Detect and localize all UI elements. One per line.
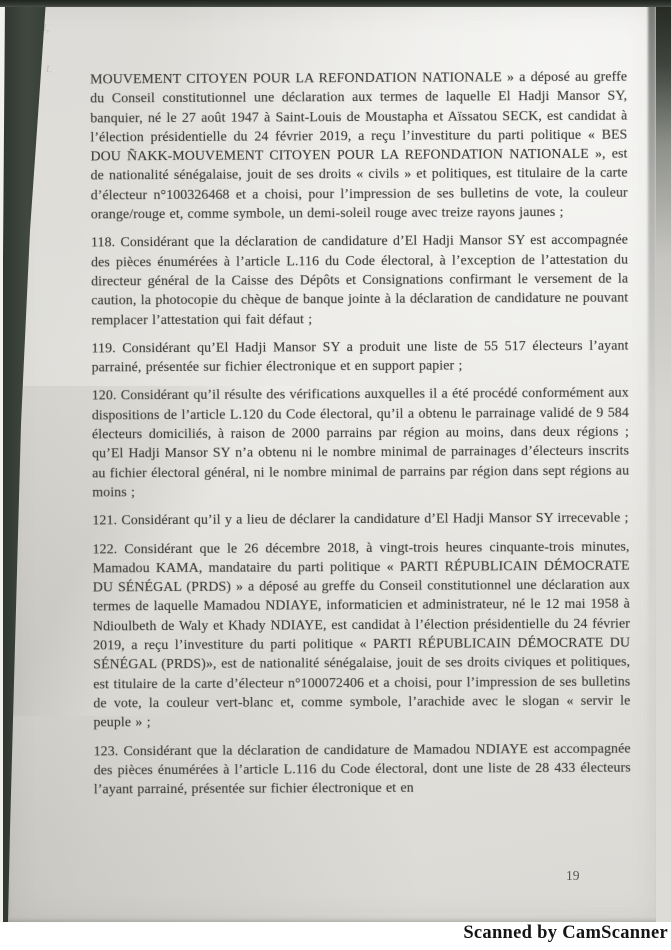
scan-edge-right xyxy=(656,0,671,922)
paragraph-122: 122. Considérant que le 26 décembre 2018… xyxy=(93,537,631,733)
camscanner-watermark: Scanned by CamScanner xyxy=(463,923,668,944)
page-number: 19 xyxy=(566,868,580,884)
document-text: MOUVEMENT CITOYEN POUR LA REFONDATION NA… xyxy=(90,68,631,809)
page-edge-crease xyxy=(648,0,656,922)
scan-edge-top xyxy=(0,0,671,7)
paragraph-continuation: MOUVEMENT CITOYEN POUR LA REFONDATION NA… xyxy=(90,68,628,225)
pencil-mark: 1. xyxy=(44,63,53,75)
document-page: 1, 1. MOUVEMENT CITOYEN POUR LA REFONDAT… xyxy=(8,6,658,922)
paragraph-121: 121. Considérant qu’il y a lieu de décla… xyxy=(92,509,629,531)
paragraph-120: 120. Considérant qu’il résulte des vérif… xyxy=(92,384,630,503)
paragraph-118: 118. Considérant que la déclaration de c… xyxy=(91,231,628,330)
camscanner-footer: Scanned by CamScanner xyxy=(0,922,671,950)
paragraph-123: 123. Considérant que la déclaration de c… xyxy=(94,739,631,800)
scanned-document: 1, 1. MOUVEMENT CITOYEN POUR LA REFONDAT… xyxy=(0,0,671,922)
paragraph-119: 119. Considérant qu’El Hadji Mansor SY a… xyxy=(91,336,628,377)
